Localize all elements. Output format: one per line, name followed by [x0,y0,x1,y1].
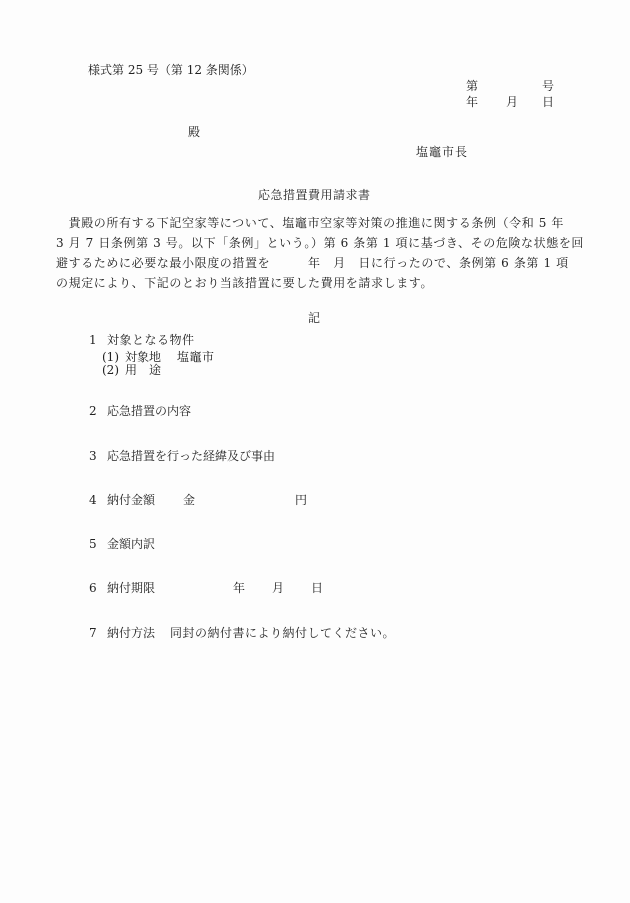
item-label: 応急措置を行った経緯及び事由 [107,448,275,464]
document-title: 応急措置費用請求書 [258,187,371,203]
form-number: 様式第 25 号（第 12 条関係） [88,62,254,78]
item-number: 2 [89,403,97,419]
amount-suffix: 円 [295,492,307,508]
sub-item-value: 塩竈市 [177,349,215,365]
deadline-day: 日 [311,580,323,596]
item-label: 納付金額 [107,492,155,508]
item-label: 対象となる物件 [107,332,195,348]
item-number: 1 [89,332,97,348]
body-paragraph: 貴殿の所有する下記空家等について、塩竈市空家等対策の推進に関する条例（令和 5 … [56,213,578,293]
item-number: 4 [89,492,97,508]
date-year: 年 [466,94,478,110]
body-line: 3 月 7 日条例第 3 号。以下「条例」という。）第 6 条第 1 項に基づき… [56,233,578,253]
item-number: 3 [89,448,97,464]
item-label: 納付期限 [107,580,155,596]
sub-item-label: 用 途 [125,362,161,378]
doc-number-prefix: 第 [466,78,478,94]
deadline-month: 月 [272,580,284,596]
doc-number-suffix: 号 [542,78,554,94]
body-line: の規定により、下記のとおり当該措置に要した費用を請求します。 [56,273,578,293]
body-line: 貴殿の所有する下記空家等について、塩竈市空家等対策の推進に関する条例（令和 5 … [56,213,578,233]
body-line: 避するために必要な最小限度の措置を 年 月 日に行ったので、条例第 6 条第 1… [56,253,578,273]
payment-method-value: 同封の納付書により納付してください。 [170,625,395,641]
item-label: 応急措置の内容 [107,403,191,419]
ki-label: 記 [308,310,320,326]
amount-prefix: 金 [183,492,195,508]
addressee-suffix: 殿 [188,124,200,140]
item-label: 金額内訳 [107,536,155,552]
sender: 塩竈市長 [416,144,468,160]
item-number: 6 [89,580,97,596]
date-month: 月 [506,94,518,110]
item-number: 7 [89,625,97,641]
item-label: 納付方法 [107,625,155,641]
date-day: 日 [542,94,554,110]
sub-item-number: (2) [102,362,119,378]
item-number: 5 [89,536,97,552]
deadline-year: 年 [233,580,245,596]
